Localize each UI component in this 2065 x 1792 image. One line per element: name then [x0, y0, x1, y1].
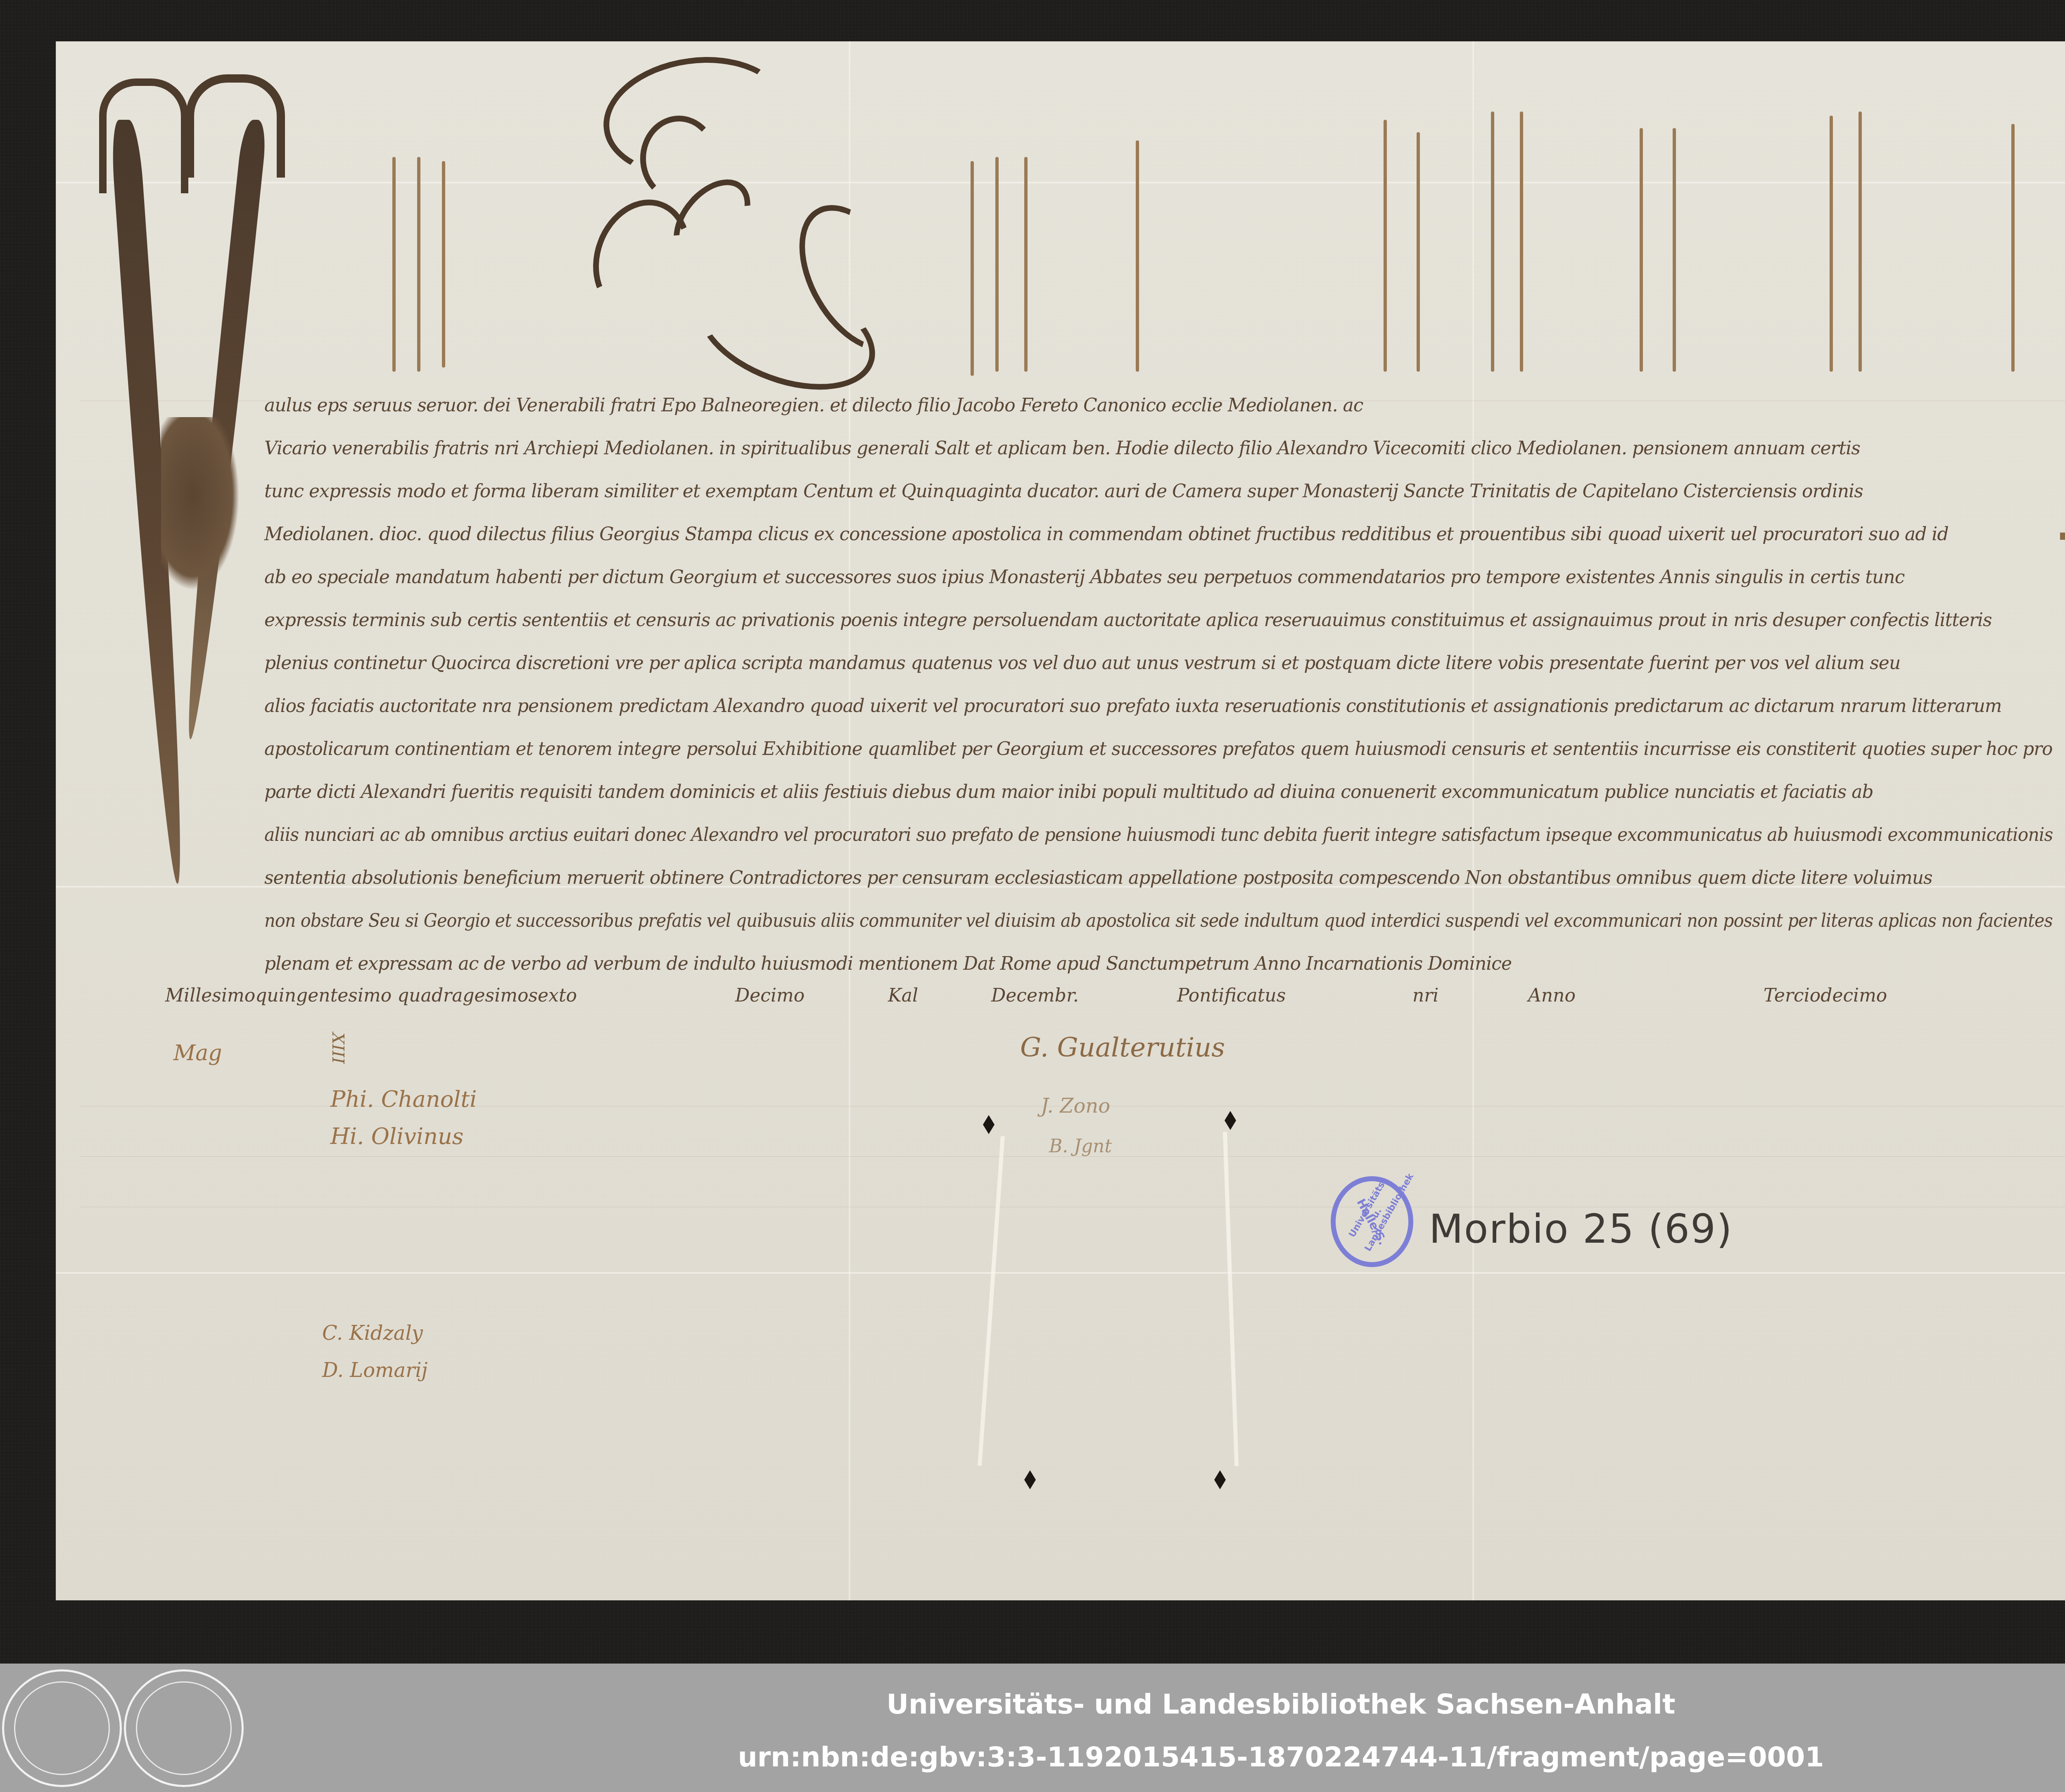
body-line: parte dicti Alexandri fueritis requisiti…: [264, 771, 2053, 814]
initial-blot: [161, 417, 240, 591]
urn-link[interactable]: urn:nbn:de:gbv:3:3-1192015415-1870224744…: [0, 1741, 2065, 1773]
signature-gualterutius: G. Gualterutius: [1020, 1032, 1225, 1063]
body-line: plenius continetur Quocirca discretioni …: [264, 642, 2053, 685]
body-line: Vicario venerabilis fratris nri Archiepi…: [264, 427, 2053, 470]
body-line: aliis nunciari ac ab omnibus arctius eui…: [264, 814, 1995, 857]
body-line: sententia absolutionis beneficium meruer…: [264, 857, 2053, 900]
header-stroke: [1830, 116, 1833, 372]
body-line: tunc expressis modo et forma liberam sim…: [264, 470, 2053, 513]
header-stroke: [995, 157, 999, 372]
signature-zono: J. Zono: [1041, 1094, 1110, 1118]
shelfmark: Morbio 25 (69): [1429, 1206, 1733, 1252]
header-stroke: [1136, 140, 1139, 372]
body-line: apostolicarum continentiam et tenorem in…: [264, 728, 2041, 771]
margin-initial-a: A: [2061, 417, 2065, 566]
date-month: Decembr.: [991, 985, 1079, 1006]
signature-lomarij: D. Lomarij: [322, 1359, 427, 1382]
body-line: ab eo speciale mandatum habenti per dict…: [264, 556, 2053, 599]
body-line: non obstare Seu si Georgio et successori…: [264, 900, 1949, 942]
signature-ignt: B. Jgnt: [1049, 1136, 1112, 1157]
document-body: aulus eps seruus seruor. dei Venerabili …: [264, 384, 2053, 985]
fold-line: [56, 1272, 2065, 1274]
body-line: Mediolanen. dioc. quod dilectus filius G…: [264, 513, 2053, 556]
header-stroke: [1417, 132, 1420, 372]
header-stroke: [1491, 112, 1494, 372]
date-kal: Kal: [888, 985, 918, 1006]
annotation-mag: Mag: [173, 1041, 222, 1066]
ruling-line: [81, 1207, 2065, 1207]
date-day: Decimo: [735, 985, 805, 1006]
header-stroke: [1858, 112, 1862, 372]
date-nri: nri: [1412, 985, 1438, 1006]
decorated-initial-p: [78, 62, 268, 888]
body-line: expressis terminis sub certis sententiis…: [264, 599, 2053, 642]
initial-loop: [99, 78, 188, 193]
library-stamp: Universitäts- u. Landesbibliothek Halle/…: [1331, 1176, 1413, 1267]
body-line: alios faciatis auctoritate nra pensionem…: [264, 685, 2053, 728]
date-year-words: Millesimoquingentesimo quadragesimosexto: [165, 985, 577, 1006]
date-anno: Anno: [1528, 985, 1576, 1006]
header-stroke: [1384, 120, 1387, 372]
header-stroke: [392, 157, 396, 372]
ornamental-capital-e: [578, 41, 950, 380]
header-stroke: [442, 161, 445, 368]
date-regnal-year: Terciodecimo: [1764, 985, 1887, 1006]
header-stroke: [2011, 124, 2015, 372]
header-stroke: [1640, 128, 1643, 372]
signature-chanolti: Phi. Chanolti: [330, 1086, 477, 1112]
header-stroke: [1024, 157, 1028, 372]
date-line: Millesimoquingentesimo quadragesimosexto…: [165, 985, 2065, 1022]
header-stroke: [1673, 128, 1676, 372]
date-pontificatus: Pontificatus: [1177, 985, 1286, 1006]
header-stroke: [1520, 112, 1523, 372]
annotation-roman-numeral: XIII: [328, 1032, 347, 1064]
body-line: aulus eps seruus seruor. dei Venerabili …: [264, 384, 2053, 427]
header-stroke: [417, 157, 420, 372]
ornamental-header: [268, 62, 2044, 380]
signature-olivinus: Hi. Olivinus: [330, 1123, 464, 1149]
signature-kidzaly: C. Kidzaly: [322, 1322, 423, 1345]
footer-bar: Universitäts- und Landesbibliothek Sachs…: [0, 1664, 2065, 1792]
body-line: plenam et expressam ac de verbo ad verbu…: [264, 942, 2053, 985]
library-name: Universitäts- und Landesbibliothek Sachs…: [0, 1688, 2065, 1720]
header-stroke: [971, 161, 974, 376]
